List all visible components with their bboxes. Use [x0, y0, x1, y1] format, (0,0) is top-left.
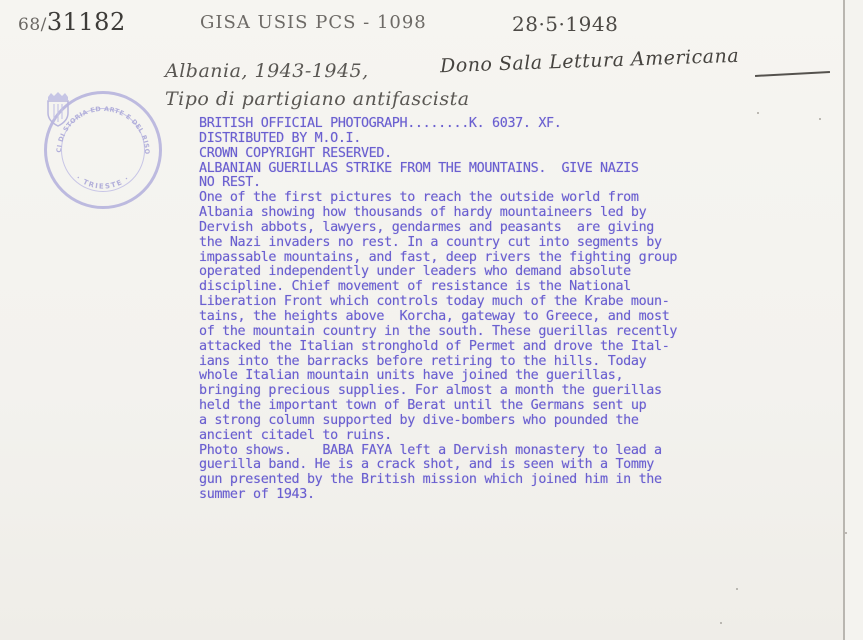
paper-speck: [736, 588, 738, 590]
caption-line: NO REST.: [199, 176, 859, 191]
paper-speck: [757, 112, 759, 114]
caption-line: Dervish abbots, lawyers, gendarmes and p…: [199, 221, 859, 236]
caption-line: discipline. Chief movement of resistance…: [199, 280, 859, 295]
caption-line: a strong column supported by dive-bomber…: [199, 414, 859, 429]
caption-line: One of the first pictures to reach the o…: [199, 191, 859, 206]
typed-caption: BRITISH OFFICIAL PHOTOGRAPH........K. 60…: [199, 117, 859, 503]
caption-line: Albania showing how thousands of hardy m…: [199, 206, 859, 221]
caption-line: ALBANIAN GUERILLAS STRIKE FROM THE MOUNT…: [199, 162, 859, 177]
inventory-prefix: 68/: [18, 15, 47, 35]
caption-line: Liberation Front which controls today mu…: [199, 295, 859, 310]
caption-line: summer of 1943.: [199, 488, 859, 503]
subject-note: Tipo di partigiano antifascista: [165, 88, 470, 110]
caption-line: of the mountain country in the south. Th…: [199, 325, 859, 340]
caption-line: whole Italian mountain units have joined…: [199, 369, 859, 384]
paper-speck: [845, 532, 847, 534]
svg-text:· TRIESTE ·: · TRIESTE ·: [75, 174, 132, 191]
caption-line: the Nazi invaders no rest. In a country …: [199, 236, 859, 251]
paper-speck: [720, 622, 722, 624]
place-period-note: Albania, 1943-1945,: [165, 60, 369, 82]
caption-line: attacked the Italian stronghold of Perme…: [199, 340, 859, 355]
shield-crest-icon: [44, 91, 72, 127]
caption-line: ancient citadel to ruins.: [199, 429, 859, 444]
stamp-text-bottom: · TRIESTE ·: [75, 174, 132, 191]
caption-line: held the important town of Berat until t…: [199, 399, 859, 414]
caption-line: tains, the heights above Korcha, gateway…: [199, 310, 859, 325]
caption-line: BRITISH OFFICIAL PHOTOGRAPH........K. 60…: [199, 117, 859, 132]
museum-stamp: MUSEI CIVICI DI STORIA ED ARTE E DEL RIS…: [44, 91, 162, 209]
inventory-number: 68/31182: [18, 8, 126, 36]
reference-code: GISA USIS PCS - 1098: [200, 12, 427, 33]
inventory-value: 31182: [47, 8, 126, 36]
paper-speck: [819, 118, 821, 120]
caption-line: CROWN COPYRIGHT RESERVED.: [199, 147, 859, 162]
acquisition-date: 28·5·1948: [512, 12, 618, 36]
caption-line: DISTRIBUTED BY M.O.I.: [199, 132, 859, 147]
caption-line: gun presented by the British mission whi…: [199, 473, 859, 488]
caption-line: bringing precious supplies. For almost a…: [199, 384, 859, 399]
